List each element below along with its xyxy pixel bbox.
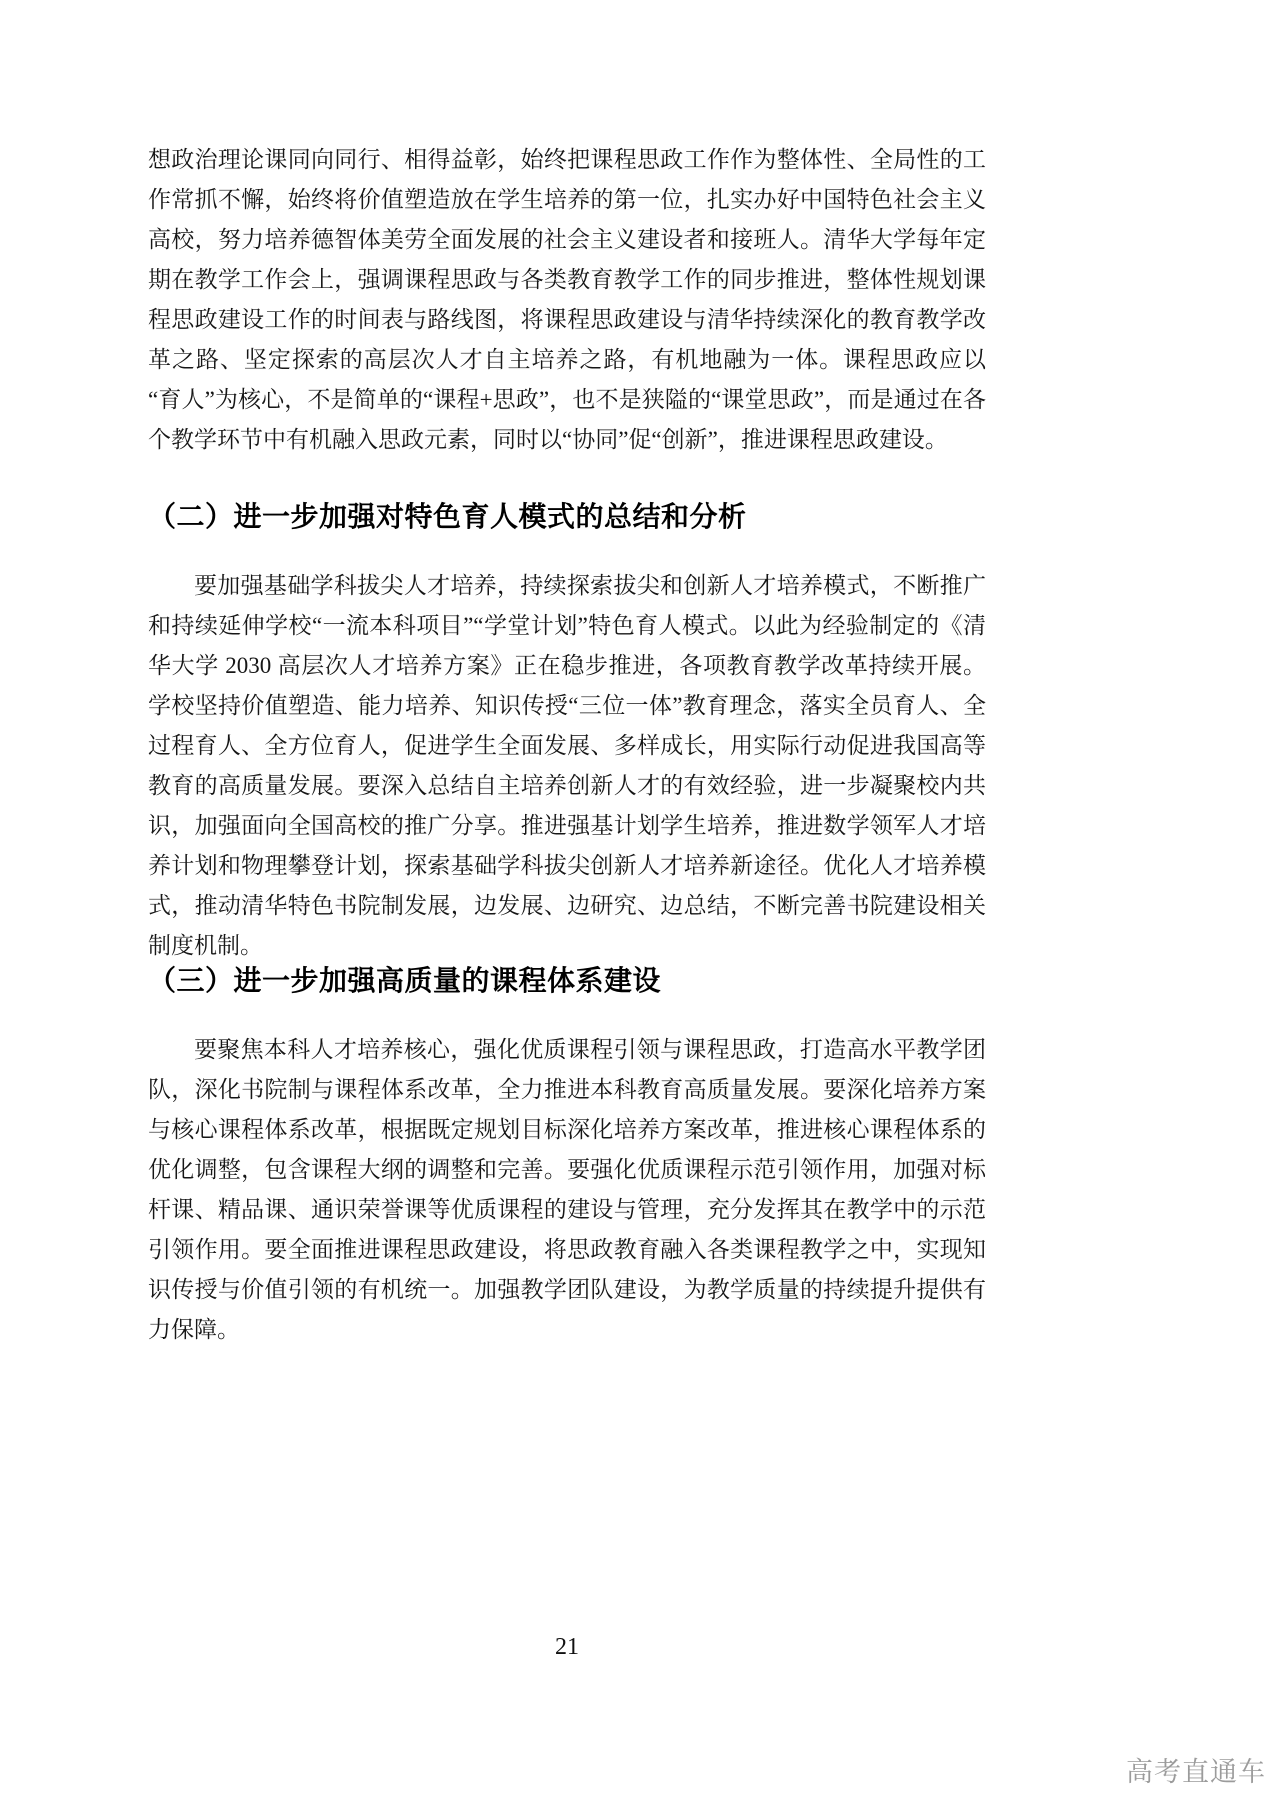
section-heading-2: （二）进一步加强对特色育人模式的总结和分析 (148, 499, 986, 535)
section-paragraph-2: 要加强基础学科拔尖人才培养，持续探索拔尖和创新人才培养模式，不断推广和持续延伸学… (148, 566, 986, 966)
page-number: 21 (148, 1634, 986, 1661)
intro-paragraph: 想政治理论课同向同行、相得益彰，始终把课程思政工作作为整体性、全局性的工作常抓不… (148, 140, 986, 460)
watermark-text: 高考直通车 (1126, 1750, 1266, 1789)
section-paragraph-3: 要聚焦本科人才培养核心，强化优质课程引领与课程思政，打造高水平教学团队，深化书院… (148, 1030, 986, 1350)
document-page: 想政治理论课同向同行、相得益彰，始终把课程思政工作作为整体性、全局性的工作常抓不… (0, 0, 1280, 1810)
section-heading-3: （三）进一步加强高质量的课程体系建设 (148, 963, 986, 999)
